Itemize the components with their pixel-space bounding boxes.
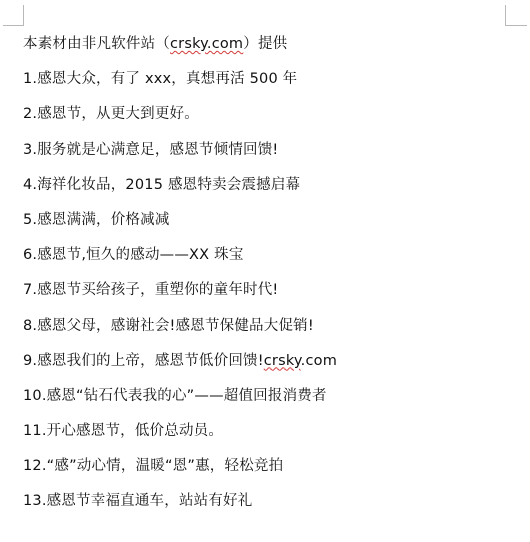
list-item: 10.感恩“钻石代表我的心”——超值回报消费者: [23, 382, 503, 417]
header-link-crsky: crsky.com: [170, 36, 243, 52]
crsky-link: crsky: [264, 353, 301, 369]
list-item: 3.服务就是心满意足，感恩节倾情回馈!: [23, 136, 503, 171]
header-text-after: ）提供: [243, 36, 287, 52]
list-item: 9.感恩我们的上帝，感恩节低价回馈!crsky.com: [23, 347, 503, 382]
list-item: 6.感恩节,恒久的感动——XX 珠宝: [23, 241, 503, 276]
list-item-suffix: .com: [301, 353, 337, 369]
page-margin-mark-left: [3, 5, 24, 26]
list-item: 5.感恩满满，价格减减: [23, 206, 503, 241]
document-body[interactable]: 本素材由非凡软件站（crsky.com）提供 1.感恩大众，有了 xxx，真想再…: [23, 30, 503, 523]
header-text-before: 本素材由非凡软件站（: [23, 36, 170, 52]
list-item: 13.感恩节幸福直通车，站站有好礼: [23, 487, 503, 522]
list-item: 1.感恩大众，有了 xxx，真想再活 500 年: [23, 65, 503, 100]
list-item: 8.感恩父母，感谢社会!感恩节保健品大促销!: [23, 312, 503, 347]
header-line: 本素材由非凡软件站（crsky.com）提供: [23, 30, 503, 65]
page-margin-mark-right: [505, 5, 527, 26]
list-item: 4.海祥化妆品，2015 感恩特卖会震撼启幕: [23, 171, 503, 206]
list-item-text: 9.感恩我们的上帝，感恩节低价回馈!: [23, 353, 264, 369]
list-item: 7.感恩节买给孩子，重塑你的童年时代!: [23, 276, 503, 311]
list-item: 11.开心感恩节，低价总动员。: [23, 417, 503, 452]
list-item: 2.感恩节，从更大到更好。: [23, 100, 503, 135]
list-item: 12.“感”动心情，温暖“恩”惠，轻松竞拍: [23, 452, 503, 487]
